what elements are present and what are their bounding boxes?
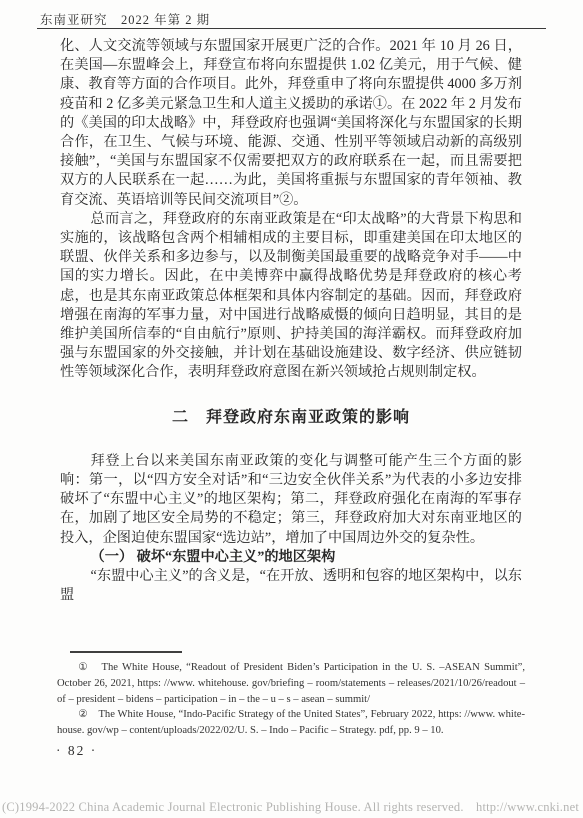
- paragraph-continuation: 化、人文交流等领域与东盟国家开展更广泛的合作。2021 年 10 月 26 日，…: [60, 37, 522, 210]
- article-body: 化、人文交流等领域与东盟国家开展更广泛的合作。2021 年 10 月 26 日，…: [60, 37, 522, 605]
- subsection-heading: （一） 破坏“东盟中心主义”的地区架构: [60, 548, 522, 567]
- paragraph-summary: 总而言之，拜登政府的东南亚政策是在“印太战略”的大背景下构思和实施的，该战略包含…: [60, 210, 522, 383]
- footnote-1: ① The White House, “Readout of President…: [57, 660, 525, 707]
- paragraph-asean-centrality: “东盟中心主义”的含义是，“在开放、透明和包容的地区架构中，以东盟: [60, 567, 522, 605]
- footnote-divider: [70, 651, 182, 653]
- journal-header: 东南亚研究 2022 年第 2 期: [40, 10, 210, 28]
- cnki-url: http://www.cnki.net: [476, 800, 579, 815]
- footnote-2: ② The White House, “Indo-Pacific Strateg…: [57, 707, 525, 739]
- header-divider: [37, 28, 546, 29]
- copyright-text: (C)1994-2022 China Academic Journal Elec…: [2, 800, 464, 815]
- cnki-watermark: (C)1994-2022 China Academic Journal Elec…: [2, 800, 579, 815]
- footnotes: ① The White House, “Readout of President…: [57, 660, 525, 739]
- paragraph-impacts: 拜登上台以来美国东南亚政策的变化与调整可能产生三个方面的影响：第一，以“四方安全…: [60, 452, 522, 548]
- journal-page: 东南亚研究 2022 年第 2 期 化、人文交流等领域与东盟国家开展更广泛的合作…: [0, 0, 583, 818]
- section-heading: 二 拜登政府东南亚政策的影响: [60, 408, 522, 427]
- page-number: · 82 ·: [56, 743, 97, 759]
